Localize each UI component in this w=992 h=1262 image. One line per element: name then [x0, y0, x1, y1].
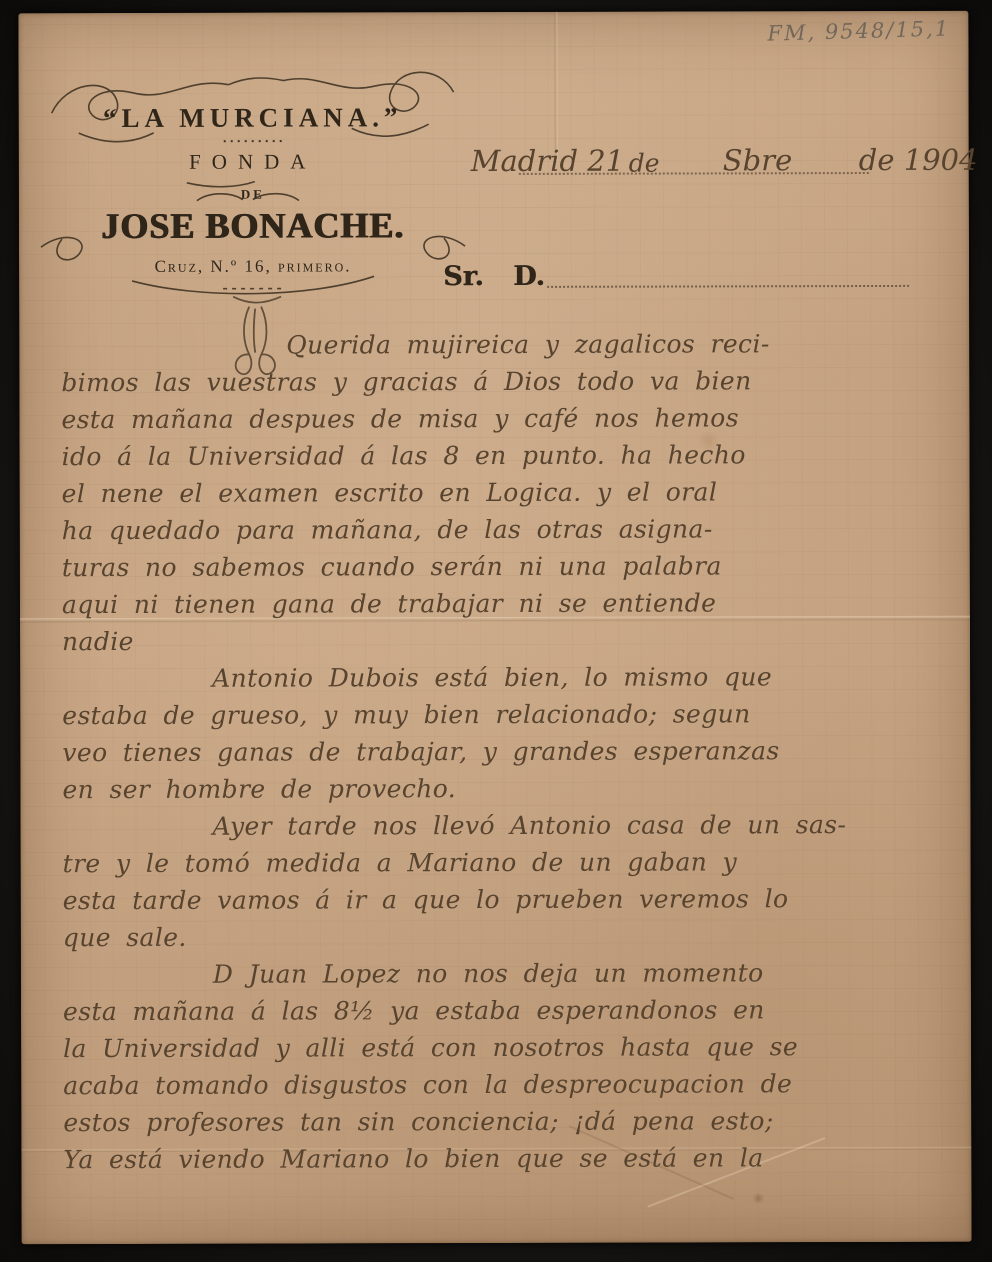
letter-line: acaba tomando disgustos con la despreocu…	[63, 1065, 953, 1104]
salutation-dotted-rule	[547, 285, 909, 288]
letter-line: estos profesores tan sin conciencia; ¡dá…	[63, 1102, 953, 1141]
letterhead-connector: DE	[37, 186, 469, 203]
scanned-letter-page: { "scan": { "background_color": "#141210…	[0, 0, 992, 1262]
salutation-sr-label: Sr.	[443, 261, 484, 292]
letter-line: esta mañana despues de misa y café nos h…	[61, 399, 951, 438]
dateline-year: de 1904	[859, 143, 978, 177]
letter-line: nadie	[62, 621, 952, 660]
salutation-line: Sr. D.	[439, 251, 909, 294]
letter-line: ido á la Universidad á las 8 en punto. h…	[62, 436, 952, 475]
letter-paper: FM, 9548/15,1 “LA MURCIANA.” FONDA DE JO…	[18, 11, 971, 1244]
letter-line: la Universidad y alli está con nosotros …	[63, 1028, 953, 1067]
letter-line: esta mañana á las 8½ ya estaba esperando…	[63, 991, 953, 1030]
dateline-city-day: Madrid 21	[471, 144, 624, 178]
letter-line: estaba de grueso, y muy bien relacionado…	[62, 695, 952, 734]
letter-line: Ayer tarde nos llevó Antonio casa de un …	[62, 806, 952, 845]
letter-line: esta tarde vamos á ir a que lo prueben v…	[63, 880, 953, 919]
letter-line: tre y le tomó medida a Mariano de un gab…	[63, 843, 953, 882]
letter-line: el nene el examen escrito en Logica. y e…	[62, 473, 952, 512]
archive-reference-number: FM, 9548/15,1	[767, 16, 950, 45]
letter-line: Ya está viendo Mariano lo bien que se es…	[63, 1139, 953, 1178]
letter-line: bimos las vuestras y gracias á Dios todo…	[61, 362, 951, 401]
letter-line: turas no sabemos cuando serán ni una pal…	[62, 547, 952, 586]
dateline-month: Sbre	[723, 143, 793, 177]
letter-body: Querida mujireica y zagalicos reci-bimos…	[61, 325, 953, 1178]
letterhead-owner-name: JOSE BONACHE.	[37, 204, 469, 247]
letterhead-business-name: “LA MURCIANA.”	[37, 102, 469, 134]
paper-stain	[751, 1193, 765, 1203]
letter-line: ha quedado para mañana, de las otras asi…	[62, 510, 952, 549]
letter-line: D Juan Lopez no nos deja un momento	[63, 954, 953, 993]
letter-line: en ser hombre de provecho.	[62, 769, 952, 808]
letterhead-address: Cruz, N.º 16, primero.	[37, 256, 469, 277]
letterhead-business-type: FONDA	[37, 149, 469, 175]
salutation-d-label: D.	[513, 261, 545, 292]
letter-line: Antonio Dubois está bien, lo mismo que	[62, 658, 952, 697]
dateline-de: de	[629, 149, 660, 178]
dotted-divider	[221, 139, 285, 144]
letter-line: veo tienes ganas de trabajar, y grandes …	[62, 732, 952, 771]
letter-line: que sale.	[63, 917, 953, 956]
letterhead: “LA MURCIANA.” FONDA DE JOSE BONACHE. Cr…	[37, 58, 470, 277]
letter-line: Querida mujireica y zagalicos reci-	[61, 325, 951, 364]
dateline: Madrid 21 de Sbre de 1904	[471, 131, 963, 180]
letter-line: aqui ni tienen gana de trabajar ni se en…	[62, 584, 952, 623]
